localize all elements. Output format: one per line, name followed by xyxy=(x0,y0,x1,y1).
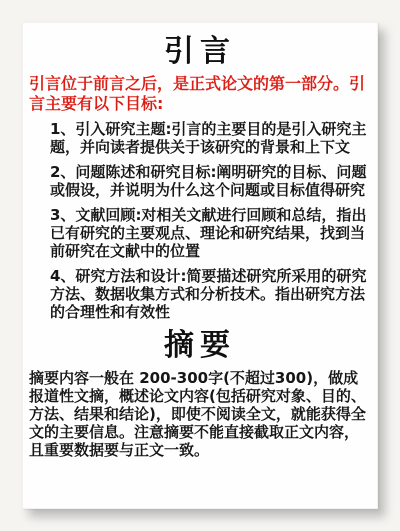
intro-goal-list: 1、引入研究主题:引言的主要目的是引入研究主题，并向读者提供关于该研究的背景和上… xyxy=(50,120,367,321)
abstract-section-title: 摘要 xyxy=(29,328,371,364)
paper-page: 引言 引言位于前言之后，是正式论文的第一部分。引言主要有以下目标: 1、引入研究… xyxy=(22,22,378,509)
abstract-body-text: 摘要内容一般在 200-300字(不超过300)，做成报道性文摘，概述论文内容(… xyxy=(29,369,371,459)
intro-goal-item-2: 2、问题陈述和研究目标:阐明研究的目标、问题或假设，并说明为什么这个问题或目标值… xyxy=(50,163,367,199)
intro-goal-item-3: 3、文献回顾:对相关文献进行回顾和总结，指出已有研究的主要观点、理论和研究结果，… xyxy=(50,206,367,260)
page-background: 引言 引言位于前言之后，是正式论文的第一部分。引言主要有以下目标: 1、引入研究… xyxy=(0,0,400,531)
intro-lead-text: 引言位于前言之后，是正式论文的第一部分。引言主要有以下目标: xyxy=(29,74,371,114)
intro-goal-item-1: 1、引入研究主题:引言的主要目的是引入研究主题，并向读者提供关于该研究的背景和上… xyxy=(50,120,367,156)
intro-goal-item-4: 4、研究方法和设计:简要描述研究所采用的研究方法、数据收集方式和分析技术。指出研… xyxy=(50,267,367,321)
intro-section-title: 引言 xyxy=(29,34,371,70)
